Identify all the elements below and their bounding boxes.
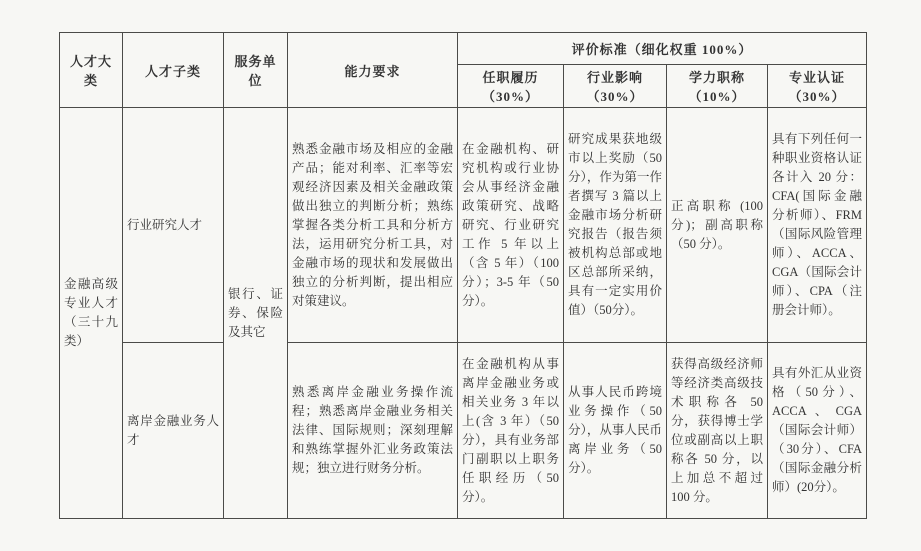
cell-title-1: 正高职称 (100分)；副高职称（50 分）。: [667, 108, 768, 343]
cell-subcategory-2: 离岸金融业务人才: [123, 343, 224, 519]
header-certification: 专业认证（30%）: [768, 65, 867, 108]
header-industry-influence: 行业影响（30%）: [564, 65, 667, 108]
header-talent-category: 人才大类: [60, 33, 123, 108]
cell-talent-category: 金融高级专业人才（三十九类）: [60, 108, 123, 519]
cell-tenure-1: 在金融机构、研究机构或行业协会从事经济金融政策研究、战略研究、行业研究工作 5 …: [458, 108, 564, 343]
cell-certification-2: 具有外汇从业资格（50分）、ACCA、CGA（国际会计师）（30分）、CFA（国…: [768, 343, 867, 519]
cell-service-unit: 银行、证券、保险及其它: [224, 108, 288, 519]
header-evaluation-standard: 评价标准（细化权重 100%）: [458, 33, 867, 65]
table-row: 离岸金融业务人才 熟悉离岸金融业务操作流程；熟悉离岸金融业务相关法律、国际规则；…: [60, 343, 867, 519]
cell-influence-2: 从事人民币跨境业务操作（50分），从事人民币离岸业务（50分）。: [564, 343, 667, 519]
cell-ability-2: 熟悉离岸金融业务操作流程；熟悉离岸金融业务相关法律、国际规则；深刻理解和熟练掌握…: [288, 343, 458, 519]
cell-title-2: 获得高级经济师等经济类高级技术职称各 50 分，获得博士学位或副高以上职称各 5…: [667, 343, 768, 519]
cell-subcategory-1: 行业研究人才: [123, 108, 224, 343]
cell-tenure-2: 在金融机构从事离岸金融业务或相关业务 3 年以上(含 3 年）（50分），具有业…: [458, 343, 564, 519]
cell-ability-1: 熟悉金融市场及相应的金融产品；能对利率、汇率等宏观经济因素及相关金融政策做出独立…: [288, 108, 458, 343]
table-row: 金融高级专业人才（三十九类） 行业研究人才 银行、证券、保险及其它 熟悉金融市场…: [60, 108, 867, 343]
cell-influence-1: 研究成果获地级市以上奖励（50分），作为第一作者撰写 3 篇以上金融市场分析研究…: [564, 108, 667, 343]
header-talent-subcategory: 人才子类: [123, 33, 224, 108]
header-ability-requirement: 能力要求: [288, 33, 458, 108]
talent-evaluation-table: 人才大类 人才子类 服务单位 能力要求 评价标准（细化权重 100%） 任职履历…: [59, 32, 867, 519]
header-service-unit: 服务单位: [224, 33, 288, 108]
cell-certification-1: 具有下列任何一种职业资格认证各计入 20 分：CFA(国际金融分析师）、FRM（…: [768, 108, 867, 343]
header-academic-title: 学力职称（10%）: [667, 65, 768, 108]
header-tenure: 任职履历（30%）: [458, 65, 564, 108]
